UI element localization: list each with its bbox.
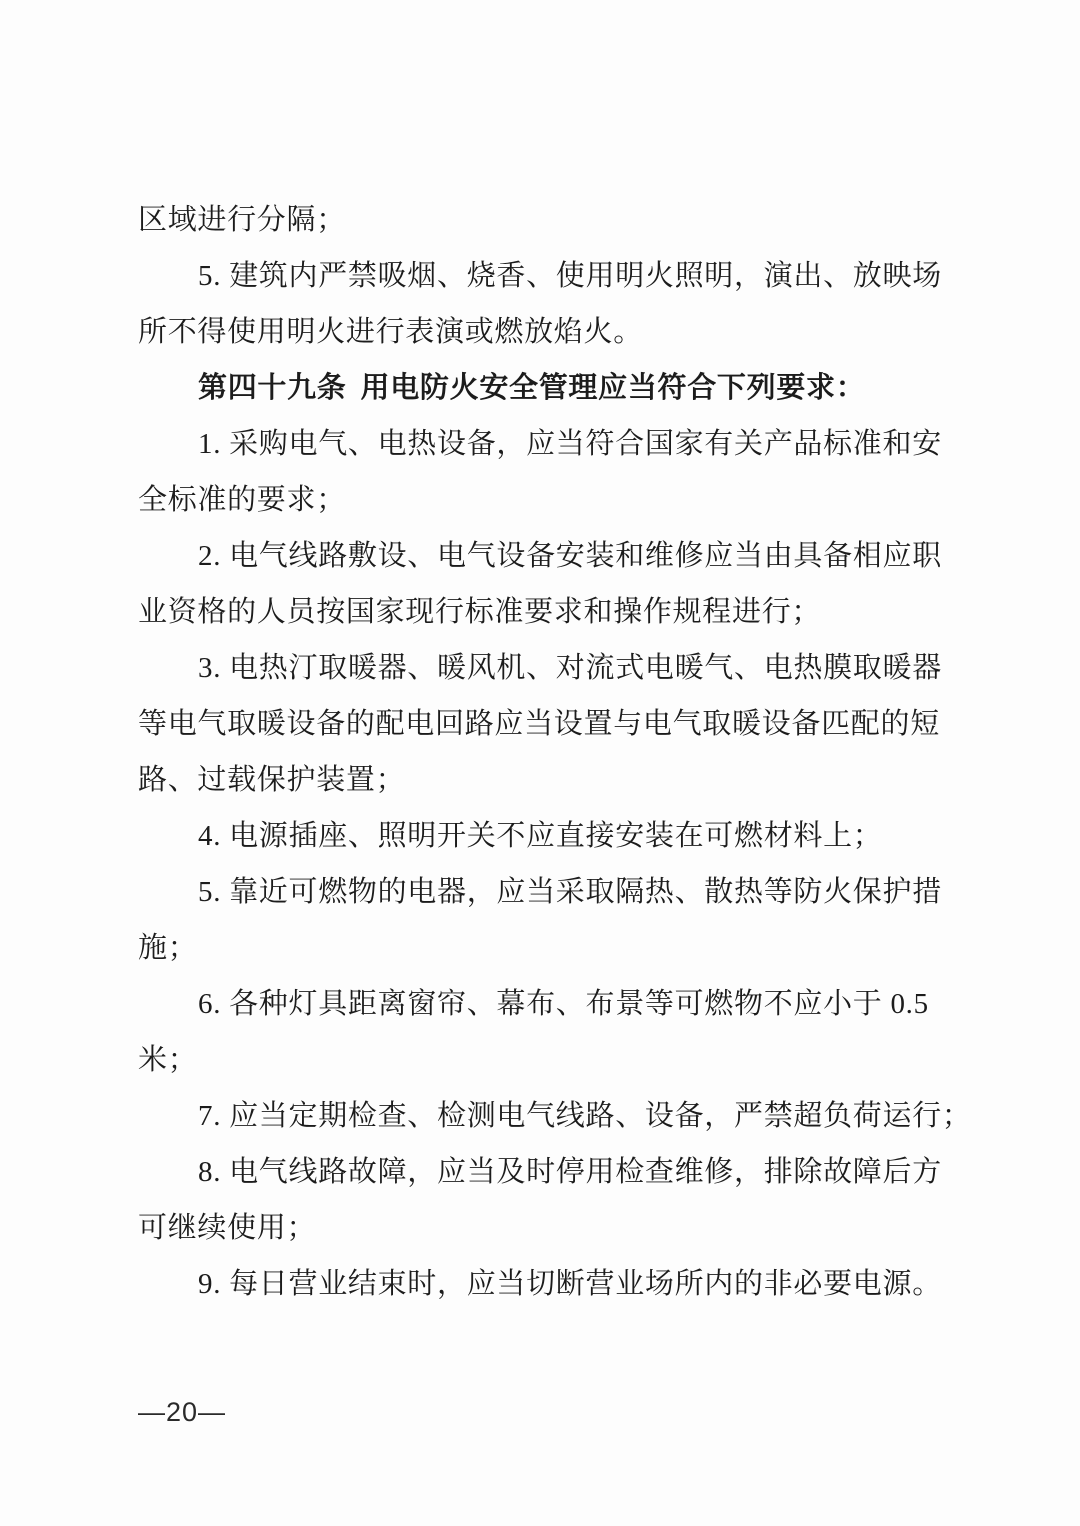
text-line: 9. 每日营业结束时，应当切断营业场所内的非必要电源。 xyxy=(138,1256,948,1312)
section-heading: 第四十九条用电防火安全管理应当符合下列要求： xyxy=(138,360,948,416)
text-line: 1. 采购电气、电热设备，应当符合国家有关产品标准和安 xyxy=(138,416,948,472)
text-line: 5. 靠近可燃物的电器，应当采取隔热、散热等防火保护措 xyxy=(138,864,948,920)
text-line: 7. 应当定期检查、检测电气线路、设备，严禁超负荷运行； xyxy=(138,1088,948,1144)
text-line: 等电气取暖设备的配电回路应当设置与电气取暖设备匹配的短 xyxy=(138,696,948,752)
text-line: 8. 电气线路故障，应当及时停用检查维修，排除故障后方 xyxy=(138,1144,948,1200)
section-heading-text: 用电防火安全管理应当符合下列要求： xyxy=(361,372,866,404)
text-line: 可继续使用； xyxy=(138,1200,948,1256)
page-number: —20— xyxy=(138,1392,226,1432)
text-line: 6. 各种灯具距离窗帘、幕布、布景等可燃物不应小于 0.5 xyxy=(138,976,948,1032)
text-line: 业资格的人员按国家现行标准要求和操作规程进行； xyxy=(138,584,948,640)
text-line: 区域进行分隔； xyxy=(138,192,948,248)
text-line: 施； xyxy=(138,920,948,976)
section-heading-term: 第四十九条 xyxy=(198,372,347,404)
text-line: 米； xyxy=(138,1032,948,1088)
text-line: 4. 电源插座、照明开关不应直接安装在可燃材料上； xyxy=(138,808,948,864)
document-body: 区域进行分隔； 5. 建筑内严禁吸烟、烧香、使用明火照明，演出、放映场 所不得使… xyxy=(138,192,948,1312)
text-line: 5. 建筑内严禁吸烟、烧香、使用明火照明，演出、放映场 xyxy=(138,248,948,304)
text-line: 3. 电热汀取暖器、暖风机、对流式电暖气、电热膜取暖器 xyxy=(138,640,948,696)
text-line: 全标准的要求； xyxy=(138,472,948,528)
document-page: 区域进行分隔； 5. 建筑内严禁吸烟、烧香、使用明火照明，演出、放映场 所不得使… xyxy=(0,0,1080,1526)
text-line: 路、过载保护装置； xyxy=(138,752,948,808)
text-line: 2. 电气线路敷设、电气设备安装和维修应当由具备相应职 xyxy=(138,528,948,584)
text-line: 所不得使用明火进行表演或燃放焰火。 xyxy=(138,304,948,360)
